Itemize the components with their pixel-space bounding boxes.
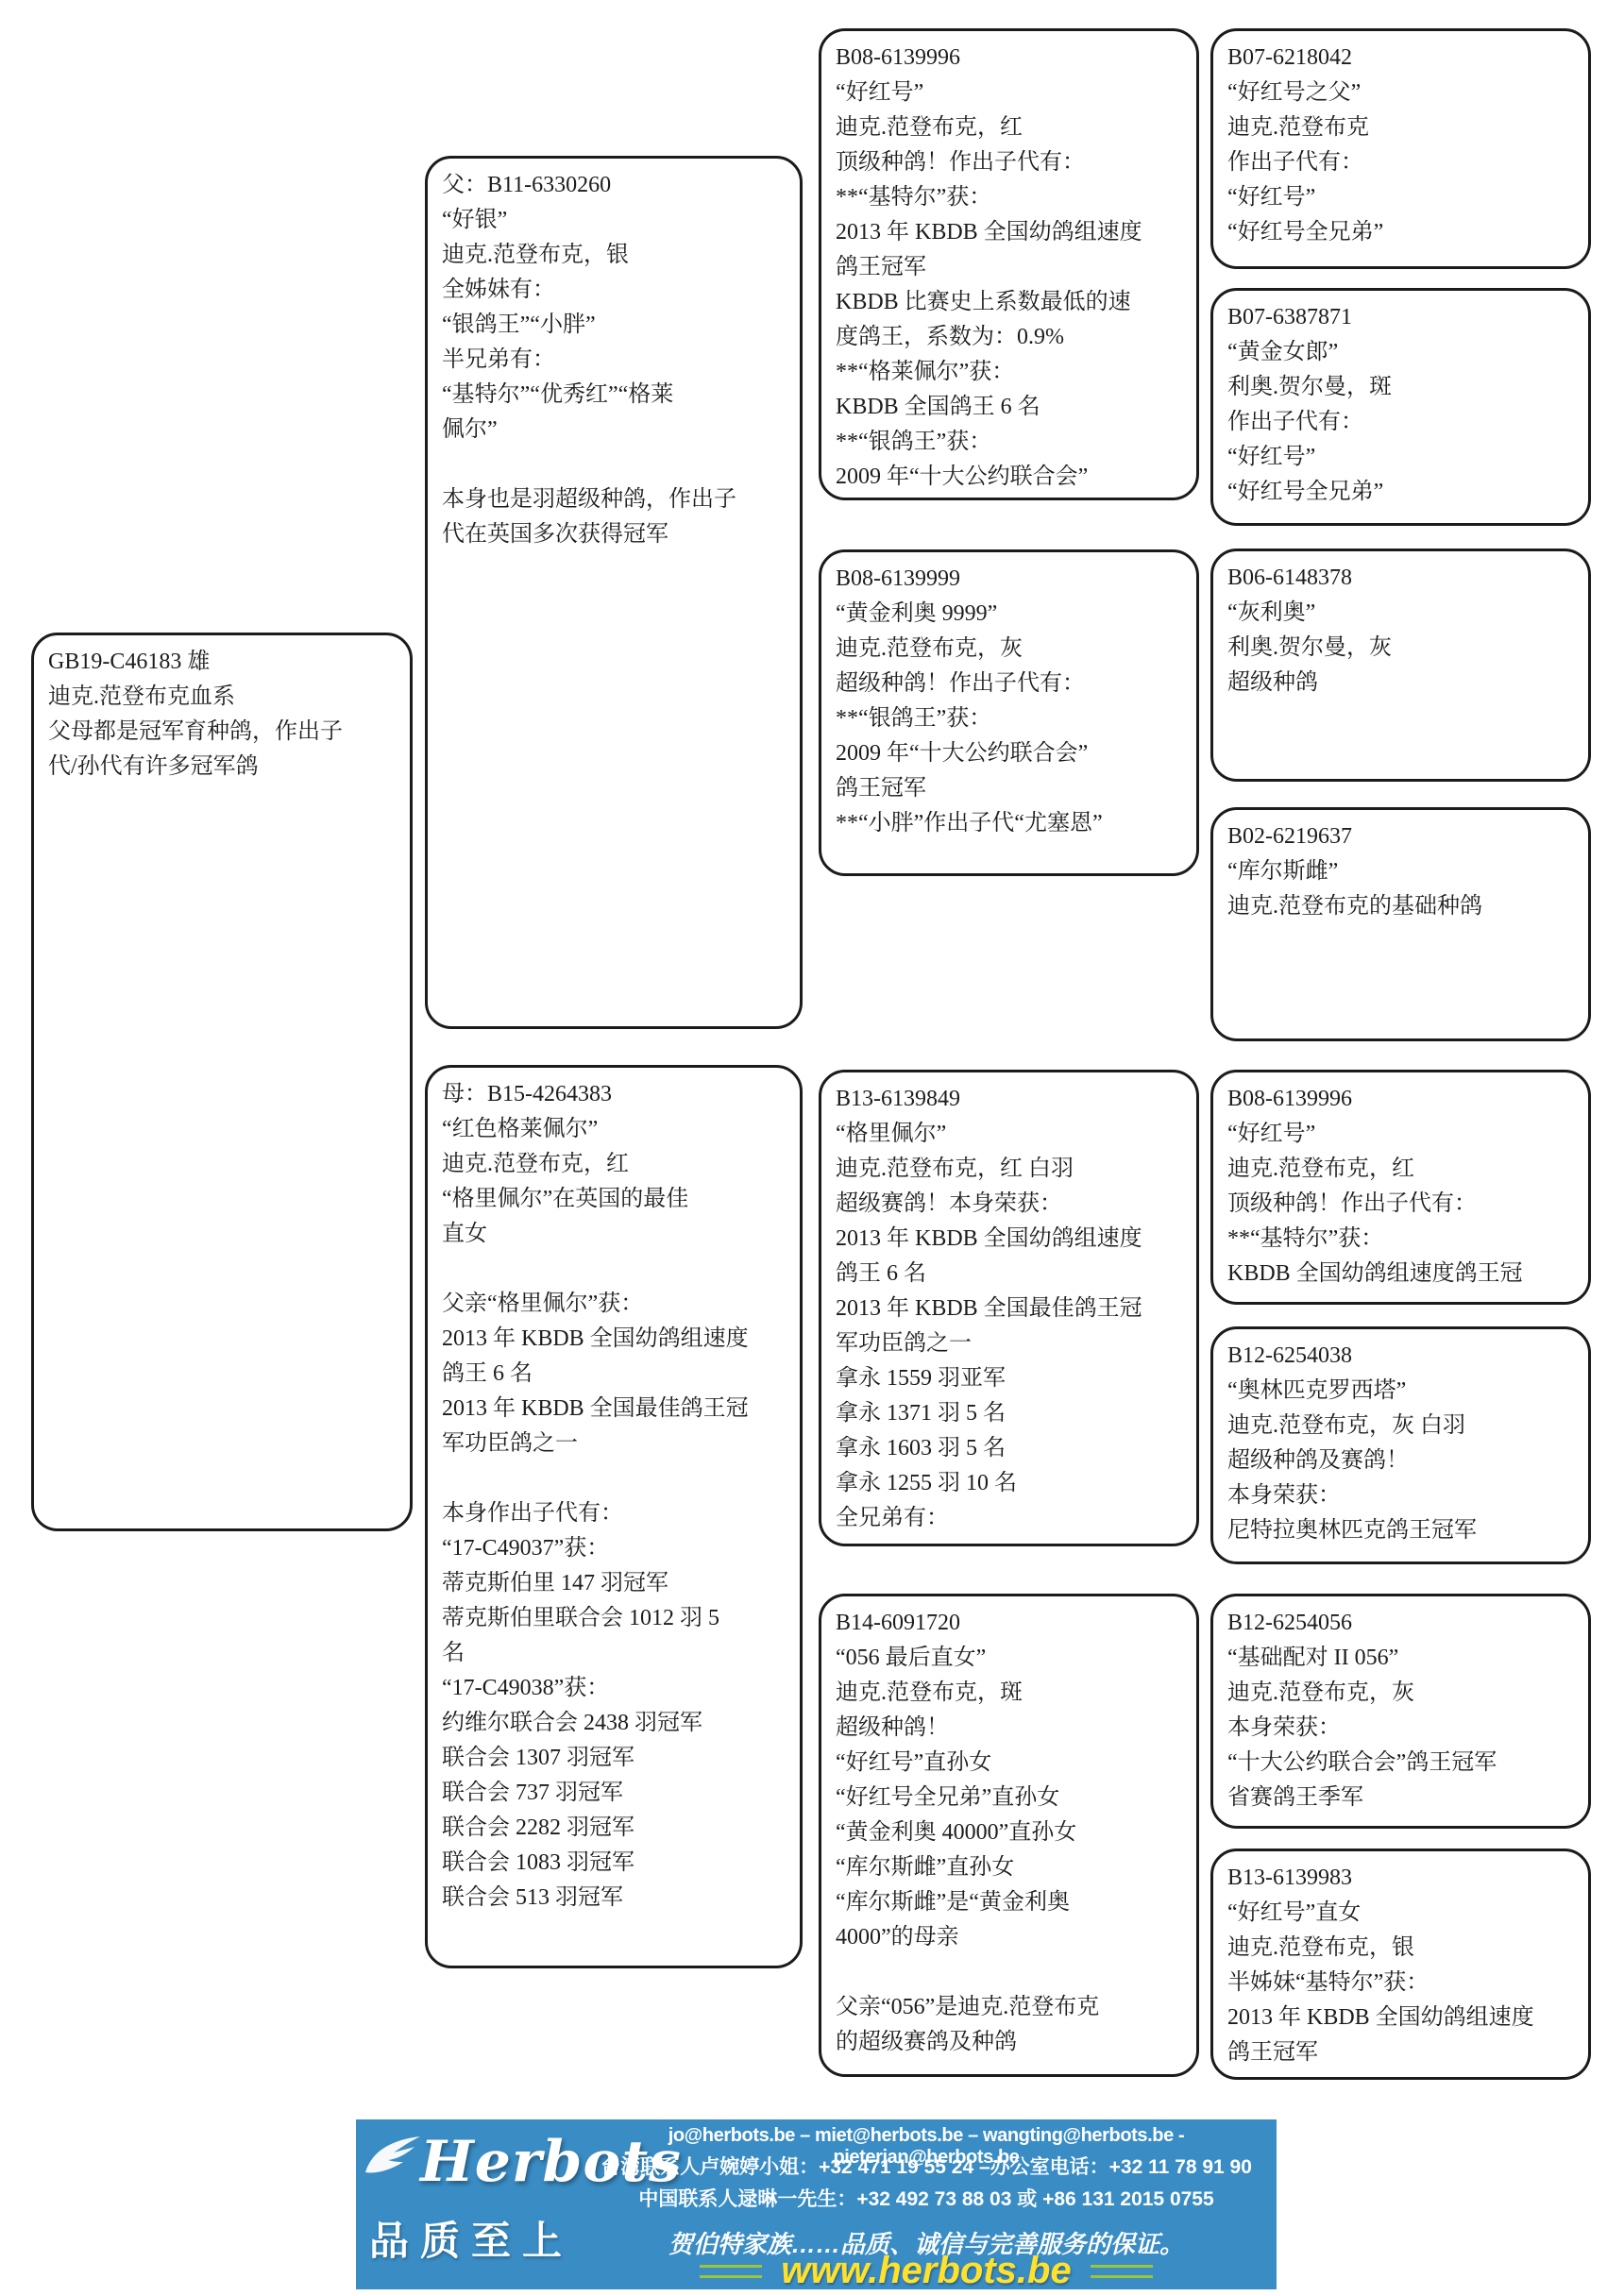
pedigree-box-paternal-grandmother: B08-6139999 “黄金利奥 9999” 迪克.范登布克，灰 超级种鸽！作… [819, 549, 1199, 876]
pedigree-box-maternal-grandmother: B14-6091720 “056 最后直女” 迪克.范登布克，斑 超级种鸽！ “… [819, 1594, 1199, 2077]
pedigree-box-paternal-grandmother-text: B08-6139999 “黄金利奥 9999” 迪克.范登布克，灰 超级种鸽！作… [821, 552, 1196, 849]
double-bar-left-icon [700, 2265, 762, 2278]
pedigree-box-great-grandmother-2: B02-6219637 “库尔斯雌” 迪克.范登布克的基础种鸽 [1210, 807, 1591, 1041]
pedigree-box-great-grandmother-4-text: B13-6139983 “好红号”直女 迪克.范登布克，银 半姊妹“基特尔”获：… [1213, 1851, 1588, 2078]
pedigree-box-great-grandfather-2: B06-6148378 “灰利奥” 利奥.贺尔曼，灰 超级种鸽 [1210, 549, 1591, 782]
pedigree-box-paternal-grandfather: B08-6139996 “好红号” 迪克.范登布克，红 顶级种鸽！作出子代有： … [819, 28, 1199, 500]
pedigree-box-subject-text: GB19-C46183 雄 迪克.范登布克血系 父母都是冠军育种鸽，作出子 代/… [34, 635, 410, 792]
pedigree-box-great-grandmother-4: B13-6139983 “好红号”直女 迪克.范登布克，银 半姊妹“基特尔”获：… [1210, 1849, 1591, 2080]
pedigree-box-great-grandmother-3-text: B12-6254038 “奥林匹克罗西塔” 迪克.范登布克，灰 白羽 超级种鸽及… [1213, 1329, 1588, 1556]
pedigree-box-paternal-grandfather-text: B08-6139996 “好红号” 迪克.范登布克，红 顶级种鸽！作出子代有： … [821, 31, 1196, 502]
banner-website-row: www.herbots.be [581, 2250, 1272, 2292]
pedigree-box-maternal-grandfather-text: B13-6139849 “格里佩尔” 迪克.范登布克，红 白羽 超级赛鸽！本身荣… [821, 1072, 1196, 1544]
pedigree-box-subject: GB19-C46183 雄 迪克.范登布克血系 父母都是冠军育种鸽，作出子 代/… [31, 633, 413, 1531]
double-bar-right-icon [1091, 2265, 1153, 2278]
herbots-slogan: 品质至上 [369, 2210, 573, 2267]
pedigree-box-father: 父：B11-6330260 “好银” 迪克.范登布克，银 全姊妹有： “银鸽王”… [425, 156, 803, 1029]
feather-icon [364, 2135, 424, 2181]
pedigree-box-great-grandfather-4-text: B12-6254056 “基础配对 II 056” 迪克.范登布克，灰 本身荣获… [1213, 1596, 1588, 1823]
pedigree-box-great-grandmother-1-text: B07-6387871 “黄金女郎” 利奥.贺尔曼，斑 作出子代有： “好红号”… [1213, 291, 1588, 517]
pedigree-box-maternal-grandfather: B13-6139849 “格里佩尔” 迪克.范登布克，红 白羽 超级赛鸽！本身荣… [819, 1070, 1199, 1546]
pedigree-box-great-grandfather-3: B08-6139996 “好红号” 迪克.范登布克，红 顶级种鸽！作出子代有： … [1210, 1070, 1591, 1305]
pedigree-chart: GB19-C46183 雄 迪克.范登布克血系 父母都是冠军育种鸽，作出子 代/… [0, 0, 1624, 2296]
pedigree-box-mother: 母：B15-4264383 “红色格莱佩尔” 迪克.范登布克，红 “格里佩尔”在… [425, 1065, 803, 1968]
pedigree-box-great-grandfather-3-text: B08-6139996 “好红号” 迪克.范登布克，红 顶级种鸽！作出子代有： … [1213, 1072, 1588, 1299]
herbots-banner: Herbots 品质至上 jo@herbots.be – miet@herbot… [356, 2119, 1277, 2289]
pedigree-box-great-grandmother-1: B07-6387871 “黄金女郎” 利奥.贺尔曼，斑 作出子代有： “好红号”… [1210, 288, 1591, 526]
banner-website-url: www.herbots.be [781, 2250, 1071, 2292]
pedigree-box-great-grandfather-1-text: B07-6218042 “好红号之父” 迪克.范登布克 作出子代有： “好红号”… [1213, 31, 1588, 258]
pedigree-box-great-grandfather-4: B12-6254056 “基础配对 II 056” 迪克.范登布克，灰 本身荣获… [1210, 1594, 1591, 1829]
pedigree-box-mother-text: 母：B15-4264383 “红色格莱佩尔” 迪克.范登布克，红 “格里佩尔”在… [428, 1068, 800, 1923]
banner-contact-china: 中国联系人逯晽一先生：+32 492 73 88 03 或 +86 131 20… [581, 2184, 1272, 2212]
pedigree-box-great-grandfather-1: B07-6218042 “好红号之父” 迪克.范登布克 作出子代有： “好红号”… [1210, 28, 1591, 269]
pedigree-box-father-text: 父：B11-6330260 “好银” 迪克.范登布克，银 全姊妹有： “银鸽王”… [428, 159, 800, 560]
pedigree-box-great-grandfather-2-text: B06-6148378 “灰利奥” 利奥.贺尔曼，灰 超级种鸽 [1213, 551, 1588, 708]
pedigree-box-great-grandmother-3: B12-6254038 “奥林匹克罗西塔” 迪克.范登布克，灰 白羽 超级种鸽及… [1210, 1326, 1591, 1564]
banner-contact-taiwan: 台湾联系人卢婉婷小姐：+32 471 19 55 24 –办公室电话：+32 1… [581, 2152, 1272, 2180]
pedigree-box-great-grandmother-2-text: B02-6219637 “库尔斯雌” 迪克.范登布克的基础种鸽 [1213, 810, 1588, 932]
pedigree-box-maternal-grandmother-text: B14-6091720 “056 最后直女” 迪克.范登布克，斑 超级种鸽！ “… [821, 1596, 1196, 2068]
